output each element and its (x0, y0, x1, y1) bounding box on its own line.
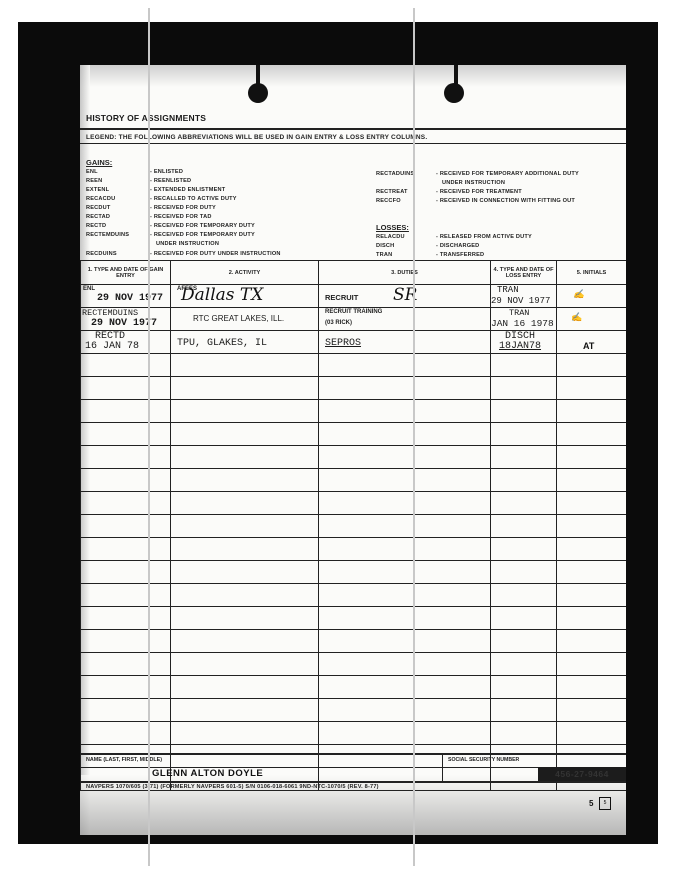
abbr-code: RECDUINS (86, 251, 117, 257)
empty-cell (81, 676, 171, 699)
col-header-activity: 2. ACTIVITY (171, 261, 319, 285)
empty-cell (557, 630, 627, 653)
empty-cell (171, 492, 319, 515)
empty-cell (171, 469, 319, 492)
table-header-row: 1. TYPE AND DATE OF GAIN ENTRY 2. ACTIVI… (81, 261, 627, 285)
empty-cell (319, 561, 491, 584)
name-label: NAME (LAST, FIRST, MIDDLE) (86, 757, 162, 763)
empty-cell (319, 722, 491, 745)
abbr-meaning: - RECEIVED FOR DUTY UNDER INSTRUCTION (150, 251, 281, 257)
empty-cell (319, 538, 491, 561)
col-header-gain: 1. TYPE AND DATE OF GAIN ENTRY (81, 261, 171, 285)
empty-cell (491, 515, 557, 538)
empty-cell (81, 607, 171, 630)
empty-cell (171, 584, 319, 607)
empty-cell (81, 722, 171, 745)
abbr-meaning: - ENLISTED (150, 169, 183, 175)
divider (80, 143, 626, 144)
abbr-code: RECACDU (86, 196, 115, 202)
page-title: HISTORY OF ASSIGNMENTS (86, 113, 206, 123)
abbr-meaning: - RECALLED TO ACTIVE DUTY (150, 196, 237, 202)
empty-cell (171, 722, 319, 745)
empty-cell (557, 699, 627, 722)
empty-cell (491, 584, 557, 607)
empty-cell (491, 423, 557, 446)
legend-intro: LEGEND: THE FOLLOWING ABBREVIATIONS WILL… (86, 134, 427, 141)
empty-cell (491, 561, 557, 584)
empty-cell (491, 400, 557, 423)
empty-cell (491, 354, 557, 377)
duties-cell: RECRUIT SR (319, 285, 491, 308)
abbr-meaning: - RECEIVED FOR TEMPORARY ADDITIONAL DUTY (436, 171, 579, 177)
abbr-meaning: - EXTENDED ENLISTMENT (150, 187, 225, 193)
table-row-empty (81, 699, 627, 722)
table-row-empty (81, 354, 627, 377)
abbr-code: DISCH (376, 243, 394, 249)
empty-cell (319, 377, 491, 400)
activity-cell: RTC GREAT LAKES, ILL. (171, 308, 319, 331)
empty-cell (81, 423, 171, 446)
abbr-meaning-cont: UNDER INSTRUCTION (156, 241, 219, 247)
duties-cell: RECRUIT TRAINING (03 RICK) (319, 308, 491, 331)
empty-cell (557, 492, 627, 515)
empty-cell (319, 607, 491, 630)
binder-hole-left (248, 83, 268, 103)
empty-cell (319, 446, 491, 469)
empty-cell (319, 676, 491, 699)
abbr-code: RECTREAT (376, 189, 408, 195)
table-row-empty (81, 584, 627, 607)
empty-cell (491, 676, 557, 699)
empty-cell (491, 492, 557, 515)
empty-cell (171, 653, 319, 676)
table-row-empty (81, 607, 627, 630)
name-ssn-block: NAME (LAST, FIRST, MIDDLE) GLENN ALTON D… (80, 753, 626, 783)
losses-heading: LOSSES: (376, 223, 409, 232)
table-row-empty (81, 676, 627, 699)
table-row-empty (81, 469, 627, 492)
page-box: 5 (599, 797, 611, 810)
binder-hole-right (444, 83, 464, 103)
empty-cell (171, 354, 319, 377)
empty-cell (81, 584, 171, 607)
empty-cell (557, 561, 627, 584)
table-row-empty (81, 538, 627, 561)
initials-cell: ✍ (557, 308, 627, 331)
table-row-empty (81, 515, 627, 538)
empty-cell (557, 515, 627, 538)
empty-cell (171, 400, 319, 423)
table-row-empty (81, 423, 627, 446)
abbr-code: RECTD (86, 223, 106, 229)
abbr-code: RELACDU (376, 234, 405, 240)
table-row-empty (81, 446, 627, 469)
divider (80, 128, 626, 130)
empty-cell (81, 699, 171, 722)
empty-cell (319, 423, 491, 446)
table-row-empty (81, 722, 627, 745)
empty-cell (491, 469, 557, 492)
empty-cell (557, 538, 627, 561)
abbr-code: RECTEMDUINS (86, 232, 129, 238)
abbr-code: RECDUT (86, 205, 111, 211)
gain-cell: RECTD 16 JAN 78 (81, 331, 171, 354)
empty-cell (171, 676, 319, 699)
empty-cell (557, 469, 627, 492)
abbr-meaning: - RECEIVED FOR TEMPORARY DUTY (150, 223, 255, 229)
empty-cell (171, 515, 319, 538)
empty-cell (171, 561, 319, 584)
empty-cell (557, 400, 627, 423)
empty-cell (171, 699, 319, 722)
empty-cell (171, 446, 319, 469)
table-row-empty (81, 377, 627, 400)
ssn-value-redacted: 456-27-9464 (538, 767, 626, 781)
empty-cell (319, 515, 491, 538)
empty-cell (81, 377, 171, 400)
abbr-meaning: - DISCHARGED (436, 243, 479, 249)
empty-cell (171, 630, 319, 653)
table-row-empty (81, 630, 627, 653)
table-row: RECTD 16 JAN 78 TPU, GLAKES, IL SEPROS D… (81, 331, 627, 354)
empty-cell (319, 630, 491, 653)
empty-cell (557, 354, 627, 377)
empty-cell (491, 630, 557, 653)
signature: ✍ (573, 289, 584, 300)
empty-cell (319, 699, 491, 722)
empty-cell (171, 607, 319, 630)
empty-cell (557, 676, 627, 699)
abbr-meaning: - RECEIVED IN CONNECTION WITH FITTING OU… (436, 198, 575, 204)
empty-cell (319, 469, 491, 492)
table-row: ENL 29 NOV 1977 AFEES Dallas TX RECRUIT … (81, 285, 627, 308)
activity-cell: TPU, GLAKES, IL (171, 331, 319, 354)
gain-cell: RECTEMDUINS 29 NOV 1977 (81, 308, 171, 331)
abbr-code: ENL (86, 169, 98, 175)
loss-cell: DISCH 18JAN78 (491, 331, 557, 354)
col-header-initials: 5. INITIALS (557, 261, 627, 285)
empty-cell (557, 722, 627, 745)
empty-cell (557, 584, 627, 607)
abbr-code: RECTAD (86, 214, 110, 220)
empty-cell (171, 377, 319, 400)
abbr-code: EXTENL (86, 187, 109, 193)
empty-cell (81, 538, 171, 561)
empty-cell (557, 446, 627, 469)
empty-cell (491, 699, 557, 722)
empty-cell (319, 492, 491, 515)
col-header-loss: 4. TYPE AND DATE OF LOSS ENTRY (491, 261, 557, 285)
empty-cell (81, 354, 171, 377)
empty-cell (81, 630, 171, 653)
duties-cell: SEPROS (319, 331, 491, 354)
empty-cell (319, 584, 491, 607)
abbr-code: REEN (86, 178, 102, 184)
document-page: HISTORY OF ASSIGNMENTS LEGEND: THE FOLLO… (80, 65, 626, 835)
abbr-meaning: - RECEIVED FOR TEMPORARY DUTY (150, 232, 255, 238)
empty-cell (557, 377, 627, 400)
empty-cell (491, 653, 557, 676)
empty-cell (319, 354, 491, 377)
ssn-label: SOCIAL SECURITY NUMBER (448, 757, 519, 763)
abbr-meaning: - RECEIVED FOR TAD (150, 214, 212, 220)
loss-cell: TRAN JAN 16 1978 (491, 308, 557, 331)
scan-artifact-line (413, 8, 415, 866)
gain-cell: ENL 29 NOV 1977 (81, 285, 171, 308)
abbr-meaning-cont: UNDER INSTRUCTION (442, 180, 505, 186)
scan-artifact-line (148, 8, 150, 866)
abbr-meaning: - RELEASED FROM ACTIVE DUTY (436, 234, 532, 240)
form-identifier: NAVPERS 1070/605 (3-71) (FORMERLY NAVPER… (86, 784, 379, 790)
initials-cell: ✍ (557, 285, 627, 308)
assignments-table: 1. TYPE AND DATE OF GAIN ENTRY 2. ACTIVI… (80, 260, 626, 791)
abbr-meaning: - RECEIVED FOR DUTY (150, 205, 216, 211)
abbr-code: RECTADUINS (376, 171, 414, 177)
table-row-empty (81, 653, 627, 676)
abbr-meaning: - RECEIVED FOR TREATMENT (436, 189, 522, 195)
table-row-empty (81, 400, 627, 423)
empty-cell (557, 423, 627, 446)
empty-cell (81, 561, 171, 584)
empty-cell (81, 400, 171, 423)
empty-cell (171, 423, 319, 446)
empty-cell (81, 469, 171, 492)
table-row-empty (81, 492, 627, 515)
abbr-code: RECCFO (376, 198, 401, 204)
activity-cell: AFEES Dallas TX (171, 285, 319, 308)
loss-cell: TRAN 29 NOV 1977 (491, 285, 557, 308)
empty-cell (319, 653, 491, 676)
empty-cell (81, 515, 171, 538)
empty-cell (557, 607, 627, 630)
abbr-meaning: - TRANSFERRED (436, 252, 484, 258)
empty-cell (557, 653, 627, 676)
page-number: 5 (589, 799, 593, 808)
empty-cell (491, 377, 557, 400)
table-row-empty (81, 561, 627, 584)
empty-cell (319, 400, 491, 423)
empty-cell (81, 653, 171, 676)
empty-cell (81, 492, 171, 515)
abbr-meaning: - REENLISTED (150, 178, 191, 184)
empty-cell (491, 607, 557, 630)
empty-cell (491, 446, 557, 469)
signature: ✍ (571, 312, 582, 323)
empty-cell (81, 446, 171, 469)
gains-heading: GAINS: (86, 158, 112, 167)
col-header-duties: 3. DUTIES (319, 261, 491, 285)
empty-cell (491, 722, 557, 745)
table-row: RECTEMDUINS 29 NOV 1977 RTC GREAT LAKES,… (81, 308, 627, 331)
empty-cell (491, 538, 557, 561)
name-value: GLENN ALTON DOYLE (152, 768, 263, 779)
abbr-code: TRAN (376, 252, 392, 258)
initials-cell: AT (557, 331, 627, 354)
empty-cell (171, 538, 319, 561)
